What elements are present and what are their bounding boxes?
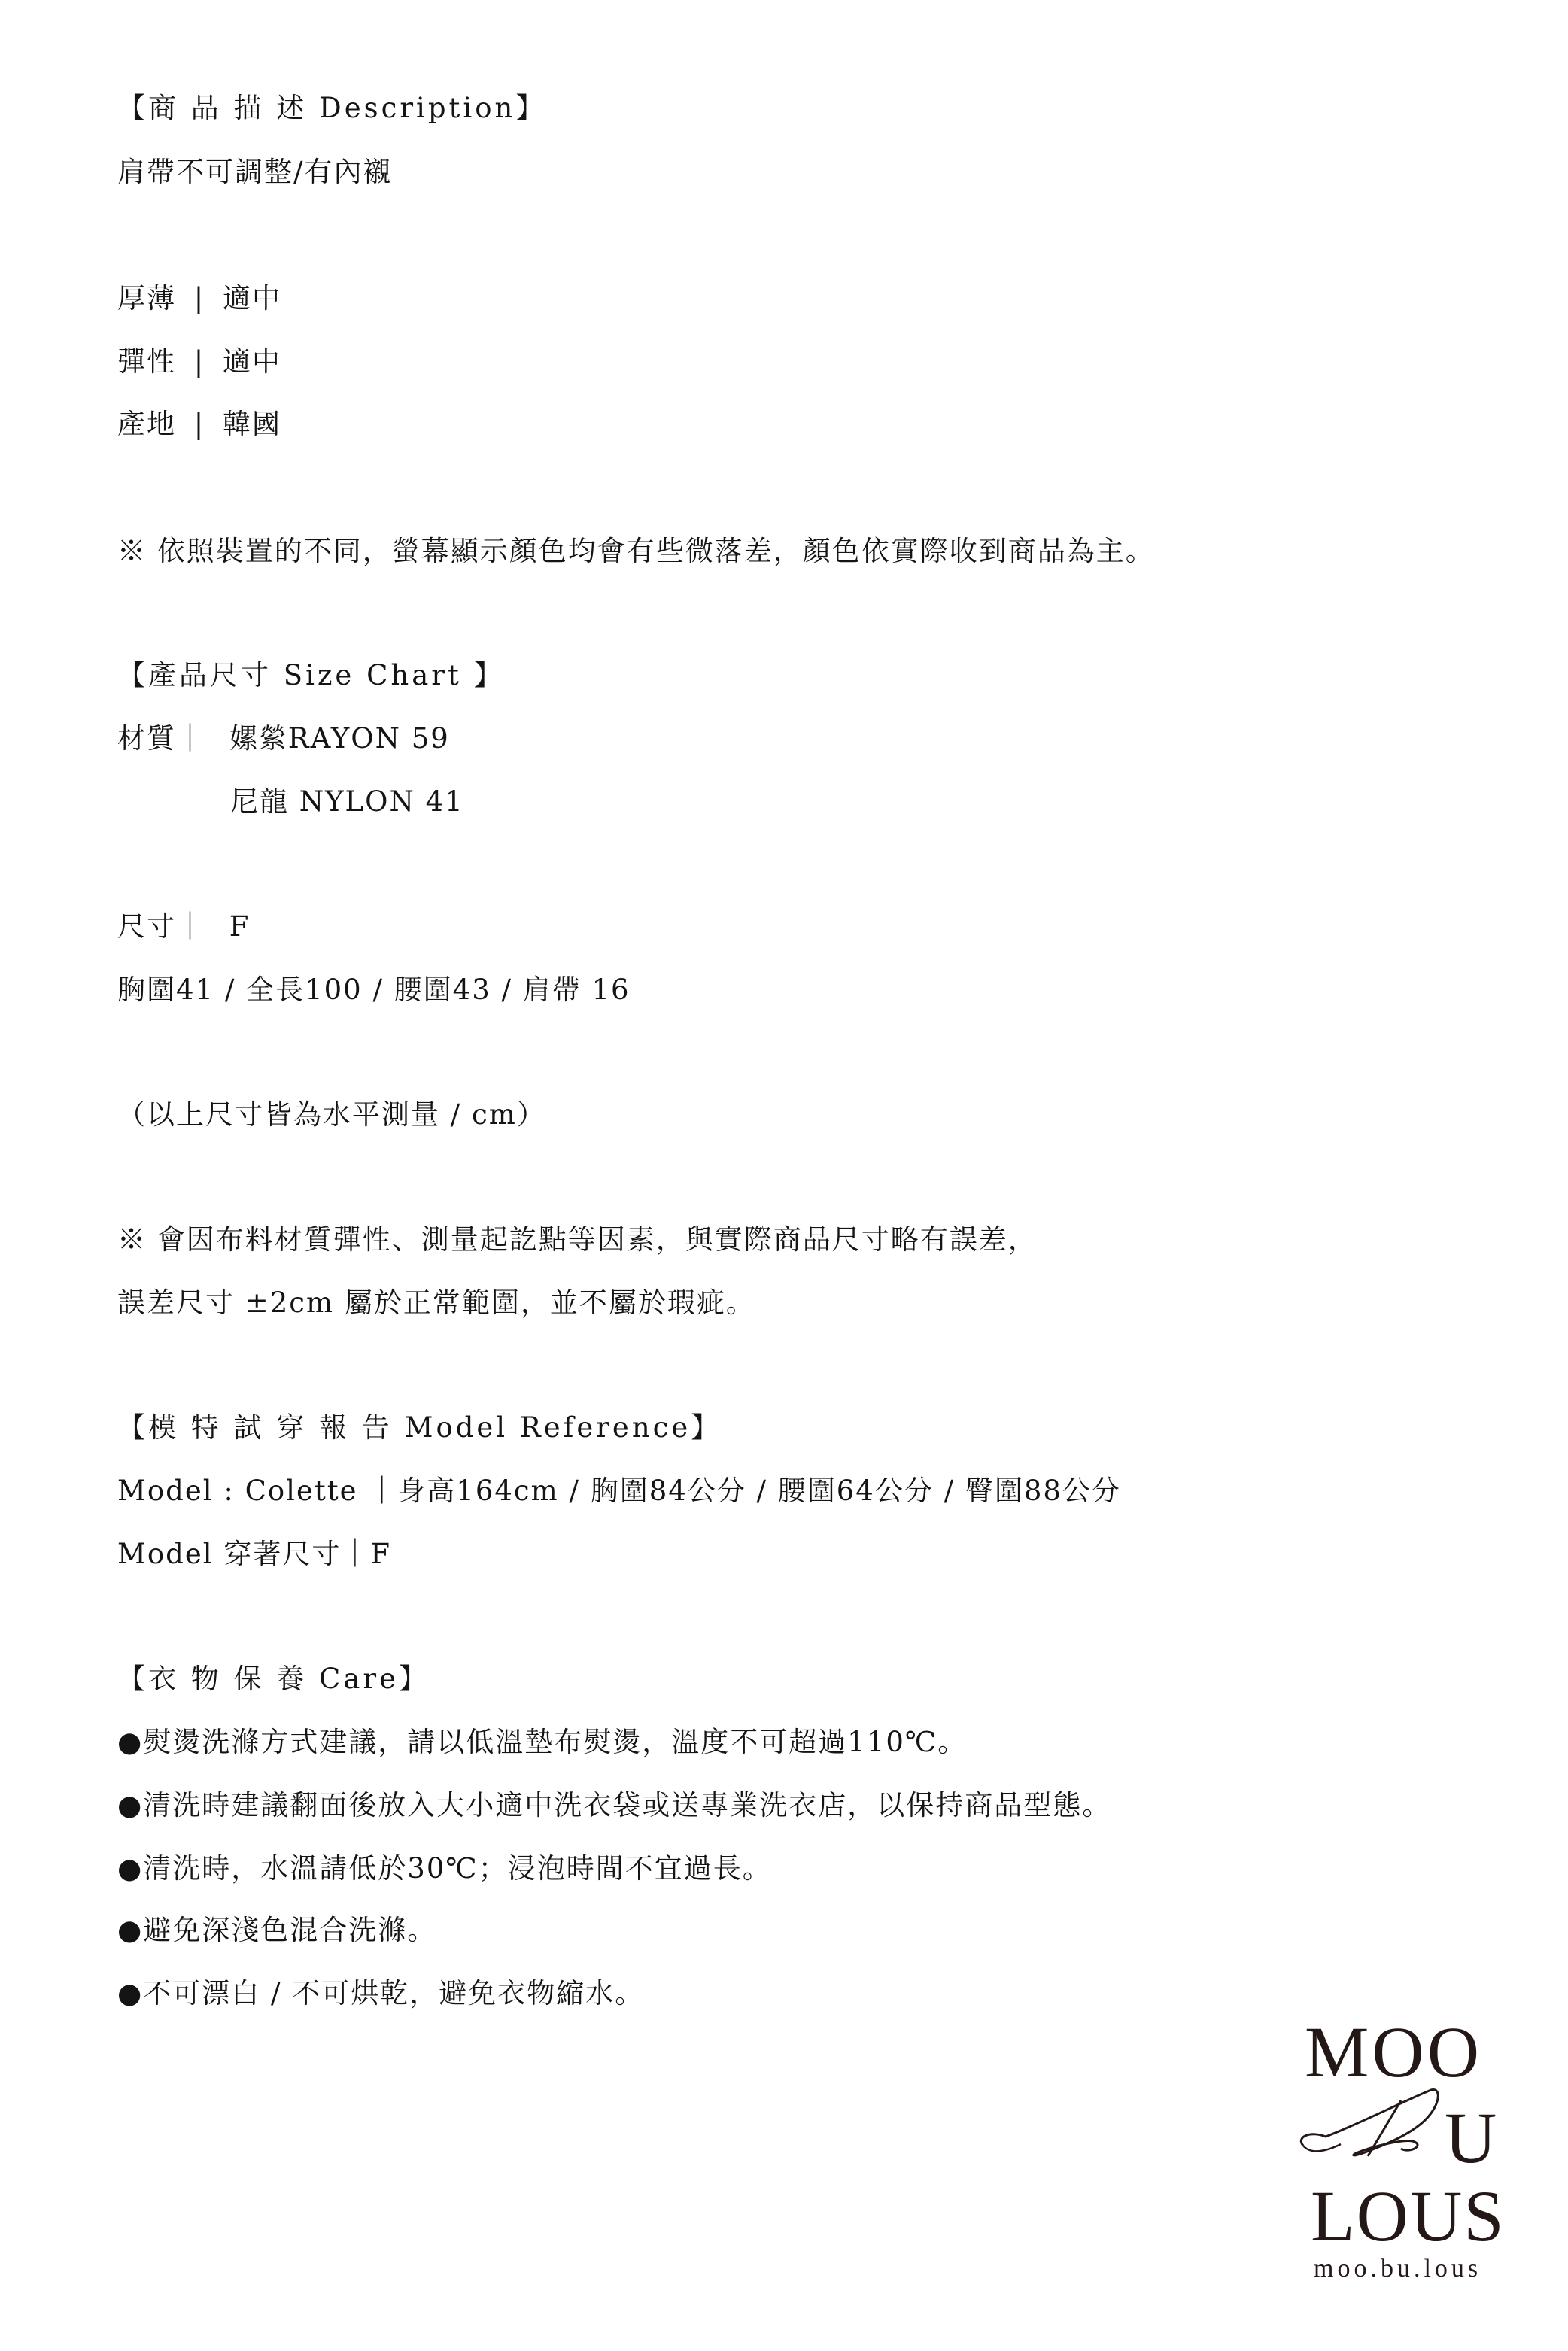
description-heading: 【商 品 描 述 Description】 [117,90,546,126]
tolerance-note-2: 誤差尺寸 ±2cm 屬於正常範圍，並不屬於瑕疵。 [117,1285,755,1321]
unit-note: （以上尺寸皆為水平測量 / cm） [117,1097,546,1133]
care-item: ●清洗時建議翻面後放入大小適中洗衣袋或送專業洗衣店，以保持商品型態。 [117,1788,1111,1824]
attribute-separator: | [194,282,205,314]
size-row: 尺寸｜ F [117,909,250,945]
attribute-value: 適中 [223,282,281,314]
care-item: ●避免深淺色混合洗滌。 [117,1912,436,1949]
attribute-label: 彈性 [117,345,176,378]
attribute-value: 適中 [223,345,281,378]
color-disclaimer: ※ 依照裝置的不同，螢幕顯示顏色均會有些微落差，顏色依實際收到商品為主。 [117,533,1155,570]
material-label: 材質｜ [117,722,205,755]
care-item: ●熨燙洗滌方式建議，請以低溫墊布熨燙，溫度不可超過110℃。 [117,1724,967,1760]
attribute-label: 產地 [117,408,176,440]
bullet-icon: ● [117,1852,143,1885]
size-chart-heading: 【產品尺寸 Size Chart 】 [117,658,505,694]
logo-moo: MOO [1305,2016,1482,2088]
logo-script-bu-icon [1296,2084,1446,2174]
material-row: 材質｜ 嫘縈RAYON 59 [117,721,450,757]
bullet-icon: ● [117,1914,143,1946]
material-nylon: 尼龍 NYLON 41 [230,784,464,820]
tolerance-note-1: ※ 會因布料材質彈性、測量起訖點等因素，與實際商品尺寸略有誤差， [117,1222,1038,1258]
care-item-text: 清洗時，水溫請低於30℃；浸泡時間不宜過長。 [143,1852,771,1885]
care-item-text: 避免深淺色混合洗滌。 [143,1914,436,1946]
care-item-text: 清洗時建議翻面後放入大小適中洗衣袋或送專業洗衣店，以保持商品型態。 [143,1789,1111,1821]
model-info: Model : Colette ｜身高164cm / 胸圍84公分 / 腰圍64… [117,1473,1121,1509]
care-item-text: 不可漂白 / 不可烘乾，避免衣物縮水。 [143,1977,644,2009]
material-rayon: 嫘縈RAYON 59 [229,722,450,755]
size-value: F [229,910,251,943]
attribute-thickness: 厚薄 | 適中 [117,281,281,317]
logo-u: U [1445,2102,1497,2174]
care-heading: 【衣 物 保 養 Care】 [117,1661,430,1697]
attribute-separator: | [194,345,205,378]
strap-note: 肩帶不可調整/有內襯 [117,154,392,190]
size-label: 尺寸｜ [117,910,205,943]
measurements: 胸圍41 / 全長100 / 腰圍43 / 肩帶 16 [117,972,631,1008]
logo-domain: moo.bu.lous [1314,2255,1481,2283]
bullet-icon: ● [117,1789,143,1821]
attribute-separator: | [194,408,205,440]
attribute-label: 厚薄 [117,282,176,314]
attribute-origin: 產地 | 韓國 [117,406,281,442]
bullet-icon: ● [117,1977,143,2009]
logo-lous: LOUS [1311,2180,1506,2252]
attribute-value: 韓國 [223,408,281,440]
brand-logo: MOO U LOUS moo.bu.lous [1288,2001,1506,2264]
care-item-text: 熨燙洗滌方式建議，請以低溫墊布熨燙，溫度不可超過110℃。 [143,1726,967,1758]
model-reference-heading: 【模 特 試 穿 報 告 Model Reference】 [117,1410,722,1446]
care-item: ●清洗時，水溫請低於30℃；浸泡時間不宜過長。 [117,1851,772,1887]
model-size: Model 穿著尺寸｜F [117,1536,391,1572]
care-item: ●不可漂白 / 不可烘乾，避免衣物縮水。 [117,1976,644,2012]
bullet-icon: ● [117,1726,143,1758]
attribute-elasticity: 彈性 | 適中 [117,344,281,380]
